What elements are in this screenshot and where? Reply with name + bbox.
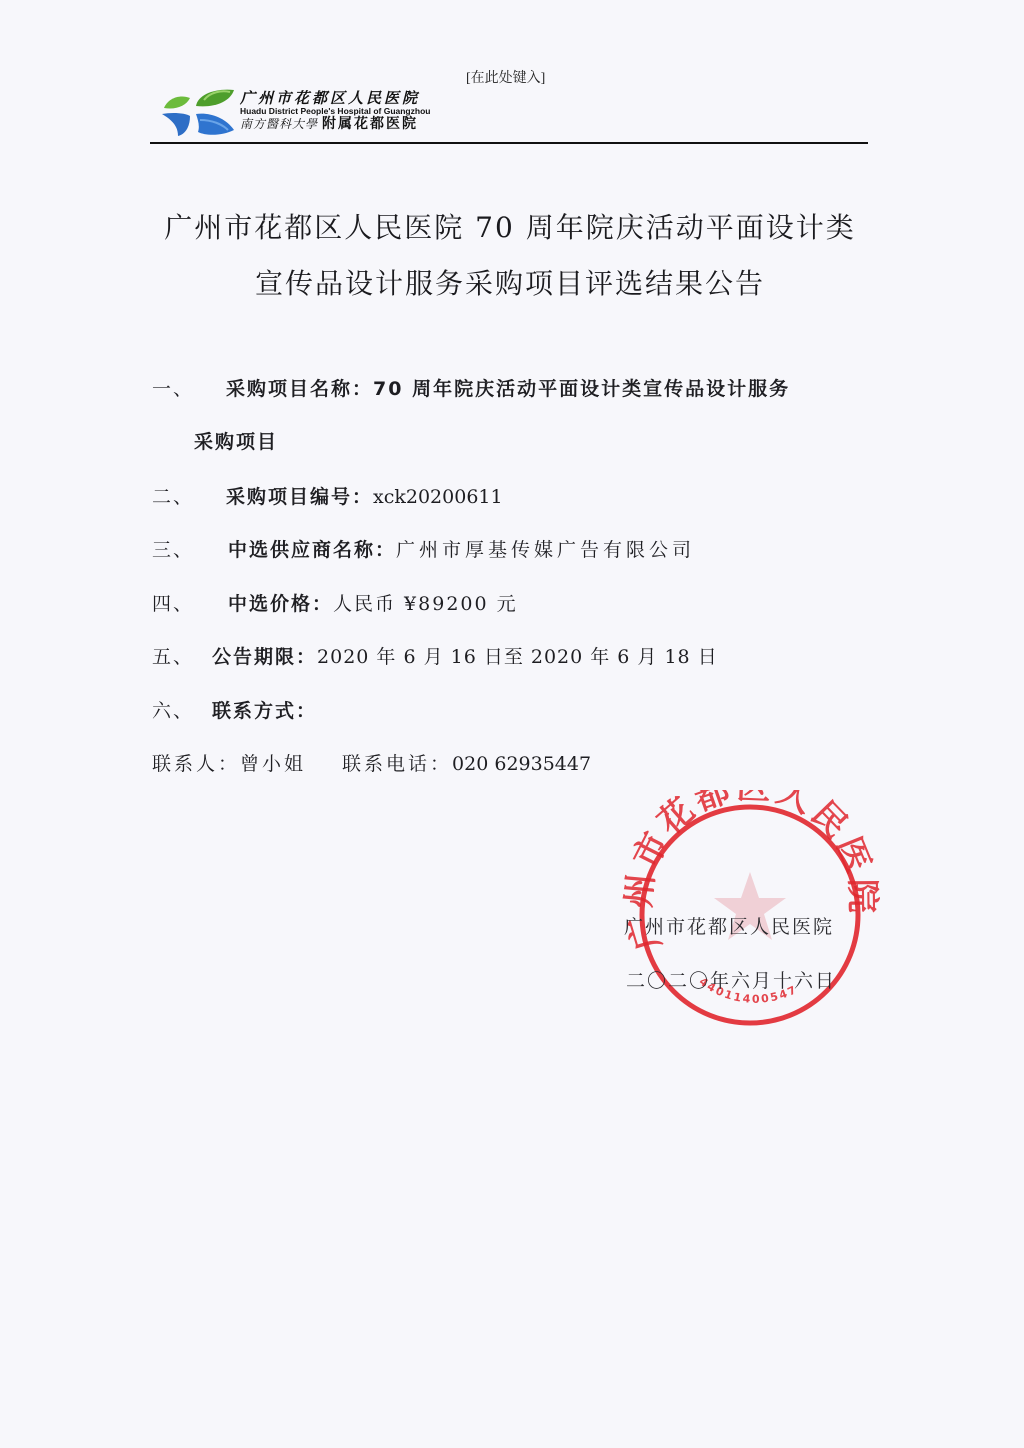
item-label: 联系方式： (212, 700, 317, 722)
hospital-logo: 广州市花都区人民医院 Huadu District People's Hospi… (160, 86, 460, 140)
contact-phone-label: 联系电话： (342, 753, 452, 775)
item-number: 四、 (152, 589, 228, 616)
item-value: 人民币 ¥89200 元 (333, 593, 518, 615)
item-number: 二、 (152, 482, 226, 509)
item-value: 2020 年 6 月 16 日至 2020 年 6 月 18 日 (317, 646, 718, 668)
item-project-name-continuation: 采购项目 (194, 427, 278, 454)
item-notice-period: 五、公告期限：2020 年 6 月 16 日至 2020 年 6 月 18 日 (152, 642, 718, 669)
item-contact-method: 六、联系方式： (152, 696, 317, 723)
header-placeholder: [在此处键入] (466, 67, 545, 87)
item-project-name: 一、采购项目名称：70 周年院庆活动平面设计类宣传品设计服务 (152, 374, 790, 401)
document-title: 广州市花都区人民医院 70 周年院庆活动平面设计类 宣传品设计服务采购项目评选结… (150, 200, 870, 312)
contact-person: 曾小姐 (240, 753, 306, 775)
item-number: 一、 (152, 374, 226, 401)
logo-name-cn: 广州市花都区人民医院 (240, 90, 430, 106)
signature-date: 二〇二〇年六月十六日 (626, 966, 836, 993)
header-divider (150, 142, 868, 144)
item-label: 中选价格： (228, 593, 333, 615)
contact-line: 联系人：曾小姐联系电话：020 62935447 (152, 749, 591, 776)
item-number: 五、 (152, 642, 212, 669)
item-number: 六、 (152, 696, 212, 723)
title-line-1: 广州市花都区人民医院 70 周年院庆活动平面设计类 (150, 200, 870, 256)
item-number: 三、 (152, 535, 228, 562)
title-line-2: 宣传品设计服务采购项目评选结果公告 (150, 256, 870, 312)
contact-phone: 020 62935447 (452, 753, 591, 775)
item-label: 采购项目名称： (226, 378, 373, 400)
item-label: 采购项目编号： (226, 486, 373, 508)
item-value: xck20200611 (373, 486, 503, 508)
contact-person-label: 联系人： (152, 753, 240, 775)
logo-affiliation: 附属花都医院 (322, 116, 418, 132)
hospital-leaf-logo-icon (160, 86, 236, 138)
item-project-number: 二、采购项目编号：xck20200611 (152, 482, 503, 509)
signature-org: 广州市花都区人民医院 (624, 912, 834, 939)
item-label: 公告期限： (212, 646, 317, 668)
item-value: 广州市厚基传媒广告有限公司 (396, 539, 695, 561)
item-supplier: 三、中选供应商名称：广州市厚基传媒广告有限公司 (152, 535, 695, 562)
item-price: 四、中选价格：人民币 ¥89200 元 (152, 589, 518, 616)
logo-university: 南方醫科大學 (240, 117, 318, 131)
item-value: 70 周年院庆活动平面设计类宣传品设计服务 (373, 378, 790, 400)
item-label: 中选供应商名称： (228, 539, 396, 561)
logo-name-en: Huadu District People's Hospital of Guan… (240, 106, 430, 116)
